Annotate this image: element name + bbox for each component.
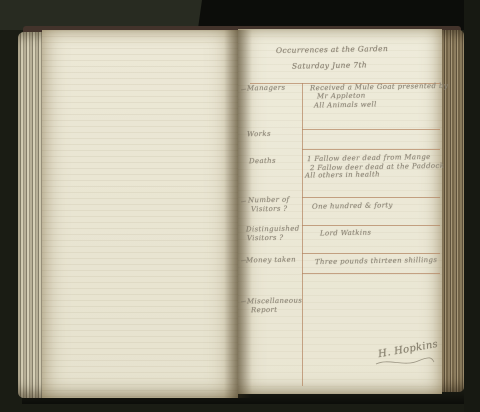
right-page-ledger: Occurrences at the Garden Saturday June … bbox=[238, 29, 442, 394]
table-line bbox=[302, 129, 440, 130]
row-label-money-taken: Money taken bbox=[246, 257, 296, 265]
row-label-number-of-visitors: Number of bbox=[248, 197, 290, 205]
row-label-works: Works bbox=[247, 131, 271, 138]
margin-tick-mark bbox=[241, 201, 246, 203]
page-heading: Occurrences at the Garden bbox=[276, 45, 388, 54]
entry-number-of-visitors: One hundred & forty bbox=[312, 202, 393, 210]
left-page-blank bbox=[42, 30, 238, 398]
date-heading: Saturday June 7th bbox=[292, 61, 367, 70]
row-label-number-of-visitors-line2: Visitors ? bbox=[251, 206, 288, 214]
row-label-miscellaneous-report: Miscellaneous bbox=[247, 298, 302, 306]
entry-money-taken: Three pounds thirteen shillings bbox=[315, 257, 437, 266]
margin-tick-mark bbox=[241, 89, 246, 91]
table-line bbox=[302, 253, 440, 254]
margin-tick-mark bbox=[241, 301, 246, 303]
entry-managers-line3: All Animals well bbox=[314, 101, 377, 109]
row-label-distinguished-visitors-line2: Visitors ? bbox=[247, 235, 284, 243]
photo-background-right bbox=[464, 0, 480, 412]
entry-deaths-line3: All others in health bbox=[305, 171, 380, 179]
entry-managers-line2: Mr Appleton bbox=[317, 93, 366, 101]
row-label-distinguished-visitors: Distinguished bbox=[246, 226, 300, 234]
signature-flourish bbox=[374, 355, 436, 367]
entry-managers-line1: Received a Mule Goat presented by bbox=[310, 83, 448, 92]
row-label-deaths: Deaths bbox=[249, 158, 276, 165]
table-line bbox=[302, 197, 440, 198]
row-label-miscellaneous-report-line2: Report bbox=[251, 307, 277, 314]
entry-distinguished-visitors: Lord Watkins bbox=[320, 230, 371, 238]
row-label-managers: Managers bbox=[247, 85, 286, 93]
scanned-book-photo: Occurrences at the Garden Saturday June … bbox=[0, 0, 480, 412]
page-edge-stack-left bbox=[18, 32, 44, 398]
table-line bbox=[302, 273, 440, 274]
table-line bbox=[302, 225, 440, 226]
table-line bbox=[302, 149, 440, 150]
